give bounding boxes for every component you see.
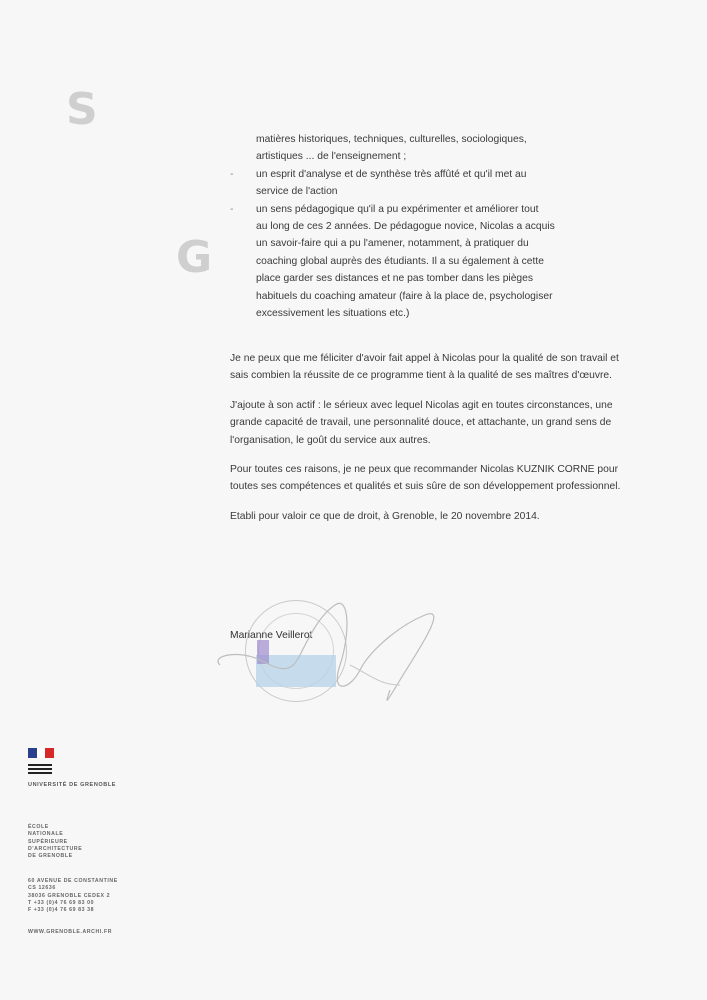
text-line: excessivement les situations etc.): [256, 305, 630, 322]
watermark-letter-s: S: [66, 88, 98, 132]
phone-number: T +33 (0)4 76 69 83 00: [28, 900, 118, 907]
french-flag-icon: [28, 748, 54, 758]
text-line: coaching global auprès des étudiants. Il…: [256, 253, 630, 270]
paragraph-recommendation: Pour toutes ces raisons, je ne peux que …: [230, 461, 630, 496]
text-line: ÉCOLE: [28, 824, 82, 831]
list-item-continuation: matières historiques, techniques, cultur…: [230, 131, 630, 166]
paragraph-qualities: J'ajoute à son actif : le sérieux avec l…: [230, 397, 630, 449]
list-item: - un esprit d'analyse et de synthèse trè…: [230, 166, 630, 201]
text-line: au long de ces 2 années. De pédagogue no…: [256, 218, 630, 235]
text-line: un esprit d'analyse et de synthèse très …: [256, 166, 630, 183]
university-mark-icon: [28, 764, 52, 776]
paragraph-attestation: Etabli pour valoir ce que de droit, à Gr…: [230, 508, 630, 525]
dash-bullet-icon: -: [230, 166, 233, 183]
university-name: UNIVERSITÉ DE GRENOBLE: [28, 782, 116, 789]
school-address: 60 AVENUE DE CONSTANTINE CS 12636 38036 …: [28, 878, 118, 914]
fax-number: F +33 (0)4 76 69 83 38: [28, 907, 118, 914]
text-line: DE GRENOBLE: [28, 853, 82, 860]
republique-francaise-logo: UNIVERSITÉ DE GRENOBLE: [28, 748, 116, 789]
text-line: place garder ses distances et ne pas tom…: [256, 270, 630, 287]
text-line: service de l'action: [256, 183, 630, 200]
qualities-list: matières historiques, techniques, cultur…: [230, 131, 630, 322]
website-link[interactable]: www.grenoble.archi.fr: [28, 929, 112, 936]
text-line: un sens pédagogique qu'il a pu expérimen…: [256, 201, 630, 218]
letter-body: Je ne peux que me féliciter d'avoir fait…: [230, 350, 630, 537]
text-line: artistiques ... de l'enseignement ;: [256, 148, 630, 165]
text-line: habituels du coaching amateur (faire à l…: [256, 288, 630, 305]
text-line: 38036 GRENOBLE CEDEX 2: [28, 893, 118, 900]
text-line: NATIONALE: [28, 831, 82, 838]
text-line: 60 AVENUE DE CONSTANTINE: [28, 878, 118, 885]
text-line: CS 12636: [28, 885, 118, 892]
text-line: SUPÉRIEURE: [28, 839, 82, 846]
watermark-letter-g: G: [176, 236, 212, 280]
handwritten-signature-icon: [200, 595, 440, 705]
list-item: - un sens pédagogique qu'il a pu expérim…: [230, 201, 630, 323]
text-line: un savoir-faire qui a pu l'amener, notam…: [256, 235, 630, 252]
school-name: ÉCOLE NATIONALE SUPÉRIEURE D'ARCHITECTUR…: [28, 824, 82, 860]
dash-bullet-icon: -: [230, 201, 233, 218]
text-line: matières historiques, techniques, cultur…: [256, 131, 630, 148]
text-line: D'ARCHITECTURE: [28, 846, 82, 853]
paragraph-congratulation: Je ne peux que me féliciter d'avoir fait…: [230, 350, 630, 385]
